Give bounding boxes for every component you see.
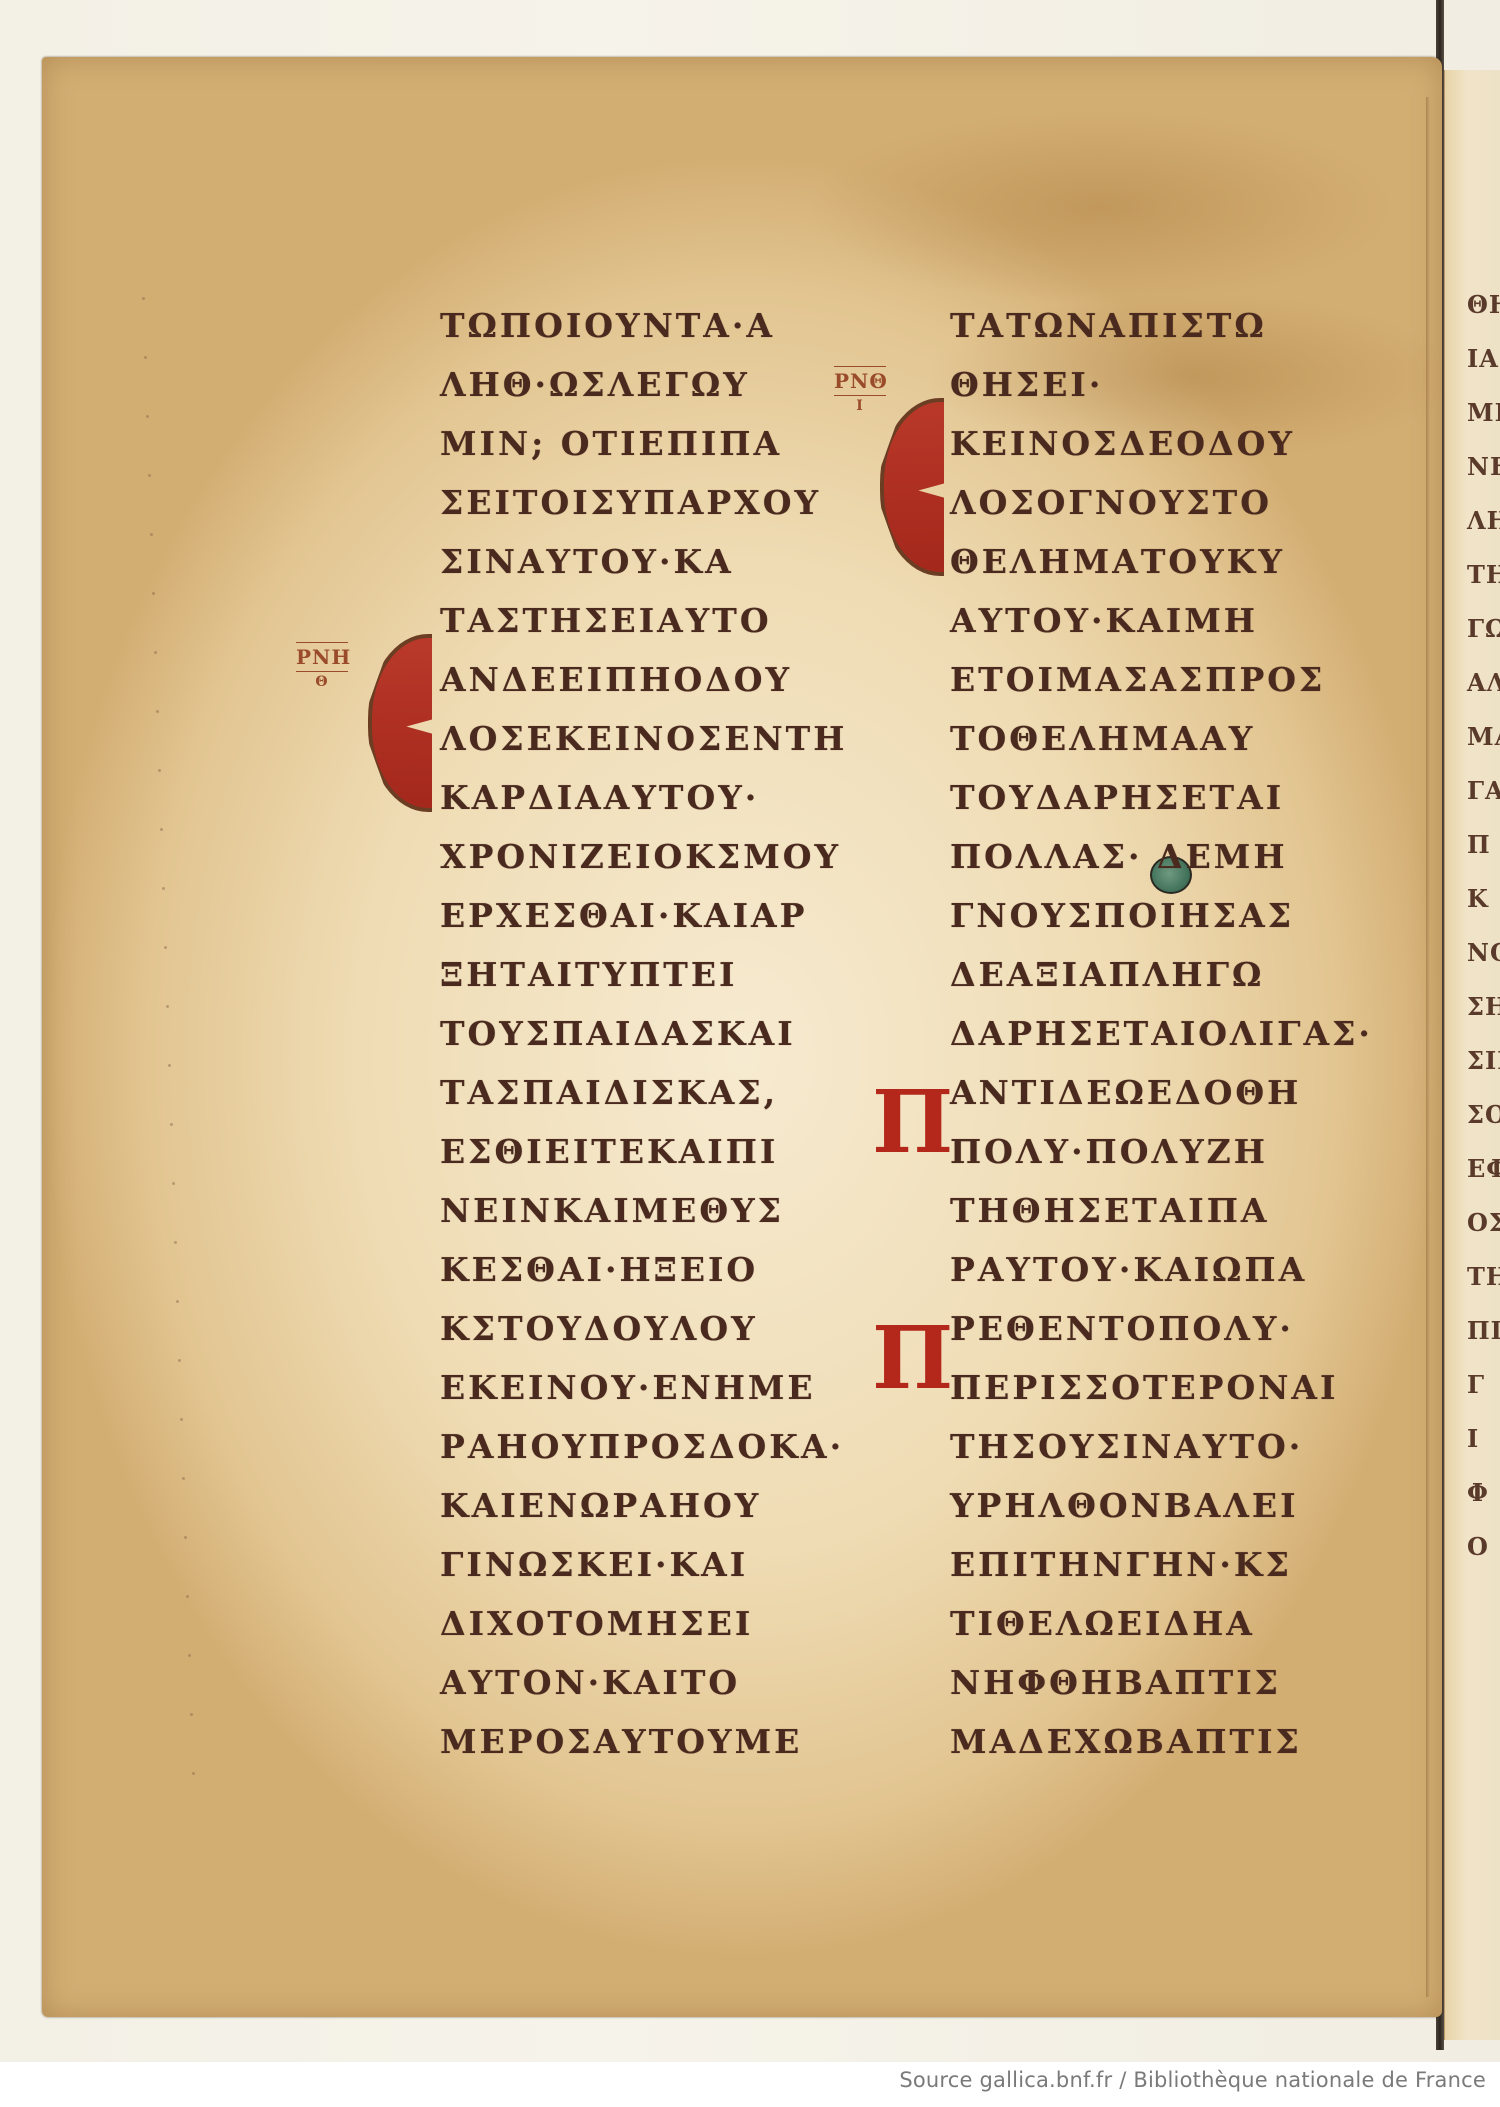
adjacent-page-text-fragment: ΓΑ [1467, 776, 1500, 805]
adjacent-page-text-fragment: ΙΑ [1467, 344, 1499, 373]
ruling-prick-mark [154, 651, 157, 654]
manuscript-line: ΡΑΥΤΟΥ·ΚΑΙΩΠΑ [950, 1240, 1390, 1299]
adjacent-page-text-fragment: ΣΟΝ [1467, 1100, 1500, 1129]
manuscript-line: ΓΙΝΩΣΚΕΙ·ΚΑΙ [440, 1535, 880, 1594]
ruling-prick-mark [148, 474, 151, 477]
manuscript-line: ΧΡΟΝΙΖΕΙΟΚΣΜΟΥ [440, 827, 880, 886]
adjacent-page-text-fragment: ΤΗ [1467, 560, 1500, 589]
manuscript-line: ΠΟΛΥ·ΠΟΛΥΖΗ [950, 1122, 1390, 1181]
manuscript-line: ΚΕΙΝΟΣΔΕΟΔΟΥ [950, 414, 1390, 473]
ruling-prick-mark [164, 946, 167, 949]
marginal-bar [296, 671, 348, 672]
manuscript-line: ΕΤΟΙΜΑΣΑΣΠΡΟΣ [950, 650, 1390, 709]
adjacent-page-text-fragment: ΘΗ [1467, 290, 1500, 319]
marginal-bar [296, 642, 348, 643]
manuscript-line: ΤΩΠΟΙΟΥΝΤΑ·Α [440, 296, 880, 355]
ruling-prick-mark [184, 1536, 187, 1539]
adjacent-page-text-fragment: ΕΦ [1467, 1154, 1500, 1183]
ruling-prick-mark [142, 297, 145, 300]
adjacent-page-text-fragment: ΑΛ [1467, 668, 1500, 697]
ruling-prick-mark [172, 1182, 175, 1185]
manuscript-line: ΞΗΤΑΙΤΥΠΤΕΙ [440, 945, 880, 1004]
adjacent-page-text-fragment: Π [1467, 830, 1491, 859]
ruling-prick-mark [190, 1713, 193, 1716]
ruling-prick-mark [180, 1418, 183, 1421]
marginal-label: ΡΝΗ [296, 645, 351, 669]
manuscript-line: ΤΟΥΔΑΡΗΣΕΤΑΙ [950, 768, 1390, 827]
ruling-prick-mark [150, 533, 153, 536]
manuscript-line: ΚΕΣΘΑΙ·ΗΞΕΙΟ [440, 1240, 880, 1299]
manuscript-line: ΜΙΝ; ΟΤΙΕΠΙΠΑ [440, 414, 880, 473]
initial-pi-1: Π [872, 1080, 953, 1166]
ruling-prick-mark [152, 592, 155, 595]
adjacent-page-text-fragment: ΜΗ [1467, 398, 1500, 427]
manuscript-line: ΤΙΘΕΛΩΕΙΔΗΑ [950, 1594, 1390, 1653]
manuscript-line: ΡΑΗΟΥΠΡΟΣΔΟΚΑ· [440, 1417, 880, 1476]
manuscript-line: ΤΑΣΤΗΣΕΙΑΥΤΟ [440, 591, 880, 650]
manuscript-line: ΔΕΑΞΙΑΠΛΗΓΩ [950, 945, 1390, 1004]
manuscript-line: ΚΑΙΕΝΩΡΑΗΟΥ [440, 1476, 880, 1535]
manuscript-line: ΥΡΗΛΘΟΝΒΑΛΕΙ [950, 1476, 1390, 1535]
epsilon-initial-shape [368, 634, 432, 812]
manuscript-line: ΤΗΣΟΥΣΙΝΑΥΤΟ· [950, 1417, 1390, 1476]
ruling-prick-mark [168, 1064, 171, 1067]
manuscript-line: ΤΟΘΕΛΗΜΑΑΥ [950, 709, 1390, 768]
adjacent-page-text-fragment: ΣΙΝ [1467, 1046, 1500, 1075]
manuscript-line: ΠΟΛΛΑΣ· ΔΕΜΗ [950, 827, 1390, 886]
adjacent-page-text-fragment: Γ [1467, 1370, 1485, 1399]
adjacent-page-text-fragment: Ι [1467, 1424, 1479, 1453]
ruling-prick-mark [176, 1300, 179, 1303]
manuscript-line: ΛΟΣΕΚΕΙΝΟΣΕΝΤΗ [440, 709, 880, 768]
manuscript-line: ΛΟΣΟΓΝΟΥΣΤΟ [950, 473, 1390, 532]
ruling-prick-mark [174, 1241, 177, 1244]
adjacent-page-edge: ΘΗΙΑΜΗΝΗΛΗΤΗΓΩΑΛΜΑΓΑΠΚΝΟΣΗΣΙΝΣΟΝΕΦΟΣΤΗΠΙ… [1444, 70, 1500, 2040]
text-column-right: ΤΑΤΩΝΑΠΙΣΤΩΘΗΣΕΙ·ΚΕΙΝΟΣΔΕΟΔΟΥΛΟΣΟΓΝΟΥΣΤΟ… [950, 296, 1390, 1771]
marginal-sub: Θ [296, 674, 348, 690]
adjacent-page-text-fragment: ΝΟ [1467, 938, 1500, 967]
ruling-prick-mark [162, 887, 165, 890]
ruling-prick-mark [144, 356, 147, 359]
manuscript-line: ΡΕΘΕΝΤΟΠΟΛΥ· [950, 1299, 1390, 1358]
manuscript-line: ΤΟΥΣΠΑΙΔΑΣΚΑΙ [440, 1004, 880, 1063]
text-column-left: ΤΩΠΟΙΟΥΝΤΑ·ΑΛΗΘ·ΩΣΛΕΓΩΥΜΙΝ; ΟΤΙΕΠΙΠΑΣΕΙΤ… [440, 296, 880, 1771]
ruling-prick-mark [170, 1123, 173, 1126]
manuscript-line: ΕΠΙΤΗΝΓΗΝ·ΚΣ [950, 1535, 1390, 1594]
manuscript-line: ΘΗΣΕΙ· [950, 355, 1390, 414]
manuscript-line: ΝΗΦΘΗΒΑΠΤΙΣ [950, 1653, 1390, 1712]
ruling-prick-mark [192, 1772, 195, 1775]
adjacent-page-text-fragment: Φ [1467, 1478, 1489, 1507]
initial-pi-2: Π [872, 1316, 953, 1402]
manuscript-line: ΕΚΕΙΝΟΥ·ΕΝΗΜΕ [440, 1358, 880, 1417]
manuscript-line: ΕΣΘΙΕΙΤΕΚΑΙΠΙ [440, 1122, 880, 1181]
source-credit: Source gallica.bnf.fr / Bibliothèque nat… [899, 2068, 1486, 2092]
manuscript-line: ΣΕΙΤΟΙΣΥΠΑΡΧΟΥ [440, 473, 880, 532]
ruling-prick-mark [146, 415, 149, 418]
manuscript-line: ΣΙΝΑΥΤΟΥ·ΚΑ [440, 532, 880, 591]
manuscript-line: ΑΥΤΟΥ·ΚΑΙΜΗ [950, 591, 1390, 650]
adjacent-page-text-fragment: Ο [1467, 1532, 1489, 1561]
adjacent-page-text-fragment: ΓΩ [1467, 614, 1500, 643]
ruling-prick-mark [188, 1654, 191, 1657]
manuscript-line: ΓΝΟΥΣΠΟΙΗΣΑΣ [950, 886, 1390, 945]
adjacent-page-text-fragment: ΜΑ [1467, 722, 1500, 751]
ruling-prick-mark [158, 769, 161, 772]
manuscript-line: ΕΡΧΕΣΘΑΙ·ΚΑΙΑΡ [440, 886, 880, 945]
manuscript-line: ΤΑΤΩΝΑΠΙΣΤΩ [950, 296, 1390, 355]
ruling-prick-mark [166, 1005, 169, 1008]
ruling-prick-mark [186, 1595, 189, 1598]
ruling-prick-mark [182, 1477, 185, 1480]
manuscript-line: ΑΝΤΙΔΕΩΕΔΟΘΗ [950, 1063, 1390, 1122]
manuscript-line: ΘΕΛΗΜΑΤΟΥΚΥ [950, 532, 1390, 591]
manuscript-line: ΜΕΡΟΣΑΥΤΟΥΜΕ [440, 1712, 880, 1771]
ruling-prick-mark [156, 710, 159, 713]
adjacent-page-text-fragment: ΛΗ [1467, 506, 1500, 535]
adjacent-page-text-fragment: ΤΗ [1467, 1262, 1500, 1291]
manuscript-line: ΚΑΡΔΙΑΑΥΤΟΥ· [440, 768, 880, 827]
manuscript-line: ΠΕΡΙΣΣΟΤΕΡΟΝΑΙ [950, 1358, 1390, 1417]
manuscript-line: ΛΗΘ·ΩΣΛΕΓΩΥ [440, 355, 880, 414]
epsilon-initial-shape [880, 398, 944, 576]
adjacent-page-text-fragment: ΣΗ [1467, 992, 1500, 1021]
adjacent-page-text-fragment: Κ [1467, 884, 1489, 913]
manuscript-line: ΔΑΡΗΣΕΤΑΙΟΛΙΓΑΣ· [950, 1004, 1390, 1063]
adjacent-page-text-fragment: ΠΙ [1467, 1316, 1500, 1345]
manuscript-line: ΔΙΧΟΤΟΜΗΣΕΙ [440, 1594, 880, 1653]
manuscript-line: ΜΑΔΕΧΩΒΑΠΤΙΣ [950, 1712, 1390, 1771]
ruling-prick-mark [178, 1359, 181, 1362]
manuscript-line: ΑΥΤΟΝ·ΚΑΙΤΟ [440, 1653, 880, 1712]
manuscript-line: ΤΗΘΗΣΕΤΑΙΠΑ [950, 1181, 1390, 1240]
adjacent-page-text-fragment: ΟΣ [1467, 1208, 1500, 1237]
manuscript-line: ΚΣΤΟΥΔΟΥΛΟΥ [440, 1299, 880, 1358]
manuscript-line: ΤΑΣΠΑΙΔΙΣΚΑΣ, [440, 1063, 880, 1122]
manuscript-line: ΑΝΔΕΕΙΠΗΟΔΟΥ [440, 650, 880, 709]
marginal-section-number-left: ΡΝΗ Θ [296, 640, 351, 690]
ruling-prick-mark [160, 828, 163, 831]
manuscript-line: ΝΕΙΝΚΑΙΜΕΘΥΣ [440, 1181, 880, 1240]
initial-epsilon-right [880, 398, 950, 568]
initial-epsilon-left [368, 634, 438, 804]
adjacent-page-text-fragment: ΝΗ [1467, 452, 1500, 481]
